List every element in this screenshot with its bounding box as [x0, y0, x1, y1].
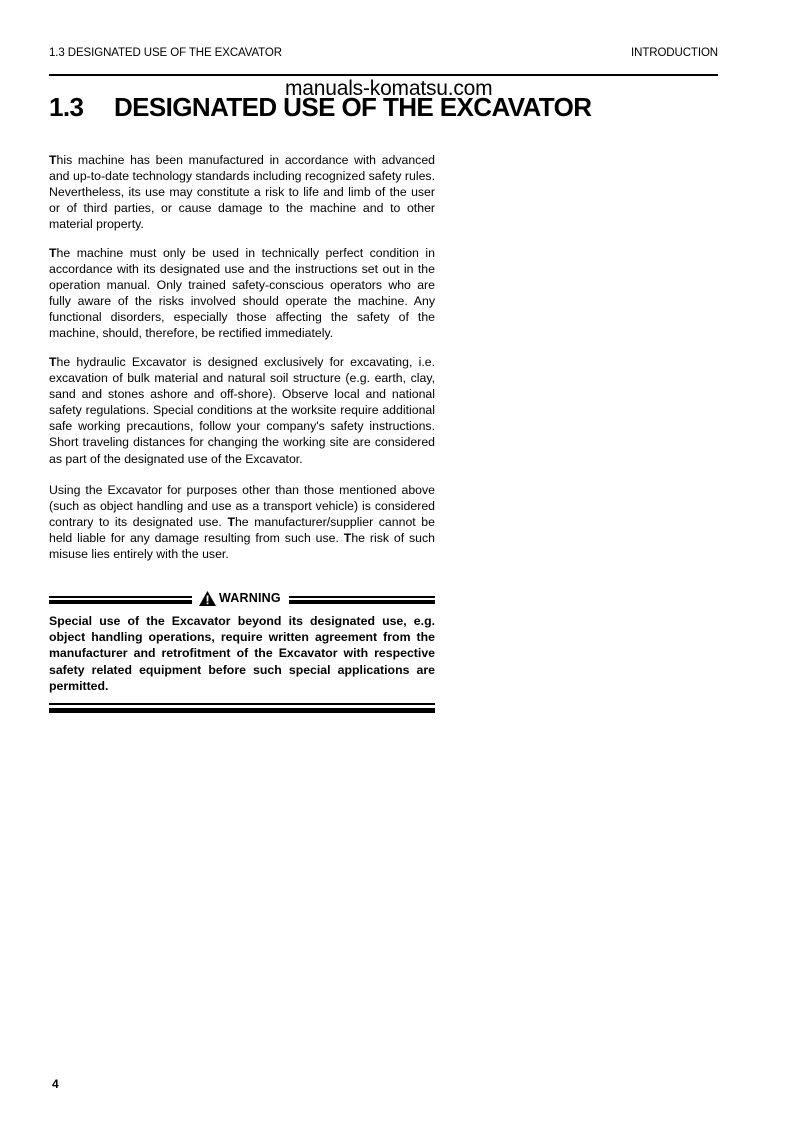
drop-letter: T [49, 153, 57, 167]
drop-letter: T [49, 246, 57, 260]
watermark: manuals-komatsu.com [285, 78, 492, 99]
warning-label: WARNING [199, 590, 281, 606]
paragraph-text: his machine has been manufactured in acc… [49, 153, 435, 231]
warning-header: WARNING [49, 590, 435, 608]
paragraph-text: he machine must only be used in technica… [49, 246, 435, 340]
section-number: 1.3 [49, 94, 114, 120]
drop-letter: T [49, 355, 57, 369]
page-number: 4 [52, 1077, 59, 1091]
running-header-chapter: INTRODUCTION [631, 47, 718, 59]
warning-label-text: WARNING [219, 590, 281, 606]
paragraph-1: This machine has been manufactured in ac… [49, 152, 435, 232]
paragraph-4: Using the Excavator for purposes other t… [49, 482, 435, 562]
warning-triangle-icon [199, 591, 216, 606]
running-header-section: 1.3 DESIGNATED USE OF THE EXCAVATOR [49, 47, 282, 59]
warning-bottom-rule [49, 703, 435, 713]
paragraph-3: The hydraulic Excavator is designed excl… [49, 354, 435, 467]
bold-letter: T [227, 515, 235, 529]
warning-text: Special use of the Excavator beyond its … [49, 613, 435, 694]
header-divider [49, 74, 718, 76]
warning-rule-right [289, 596, 435, 604]
warning-rule-left [49, 596, 192, 604]
paragraph-text: he hydraulic Excavator is designed exclu… [49, 355, 435, 466]
paragraph-2: The machine must only be used in technic… [49, 245, 435, 342]
